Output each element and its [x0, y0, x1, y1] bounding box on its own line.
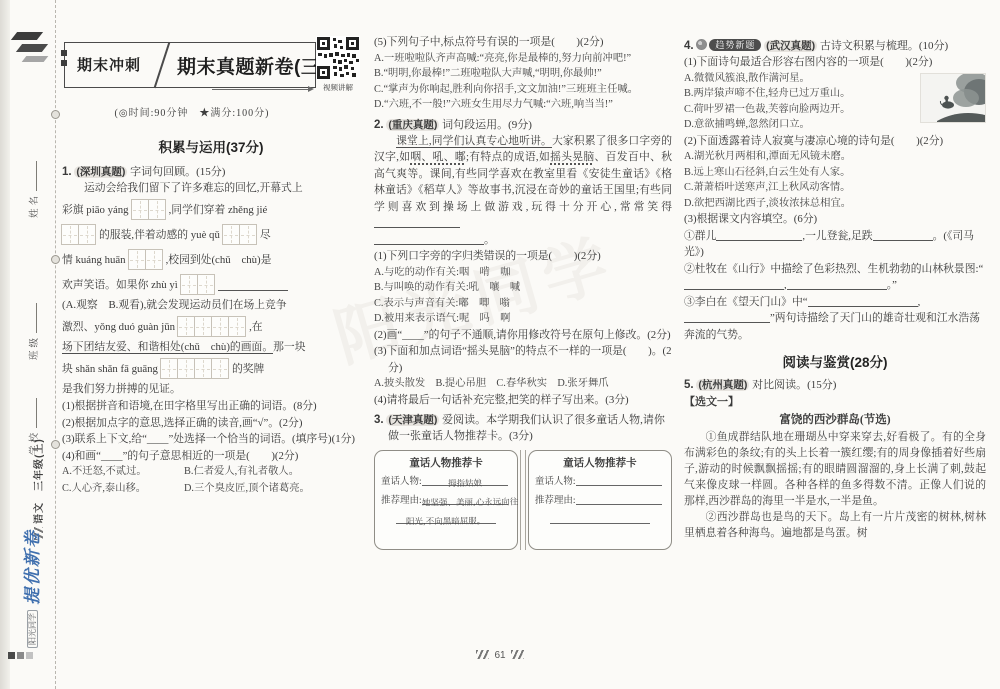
option-b: B.与叫唤的动作有关:吼 嚷 喊: [374, 280, 672, 296]
text-segment: ;有特点的成语,如: [466, 151, 550, 163]
answer-blank: [684, 278, 784, 290]
text-segment: 彩旗 piāo yáng: [62, 202, 129, 217]
time-score-line: (◎时间:90分钟 ★满分:100分): [62, 104, 322, 119]
card-field-label: 童话人物:: [381, 477, 422, 487]
square-decoration: [61, 60, 67, 66]
writing-grid: [161, 358, 229, 379]
q1-title: 字词句回顾。(15分): [130, 166, 225, 178]
qr-caption: 视频讲解: [316, 82, 360, 93]
option-d: D.被用来表示语气:呢 吗 啊: [374, 311, 672, 327]
handwritten-answer: 她坚强、美丽,心永远向往: [422, 494, 518, 514]
option-d: D.欲把西湖比西子,淡妆浓抹总相宜。: [684, 196, 986, 212]
option-a: A.一班啦啦队齐声高喊:“亮亮,你是最棒的,努力向前冲吧!”: [374, 51, 672, 67]
ink-painting-image: [920, 73, 986, 123]
q2-title: 词句段运用。(9分): [442, 119, 532, 131]
q2-subquestion: (1)下列口字旁的字归类错误的一项是( )(2分): [374, 248, 672, 265]
sidebar-brand: 阳光同学提优新卷: [18, 529, 43, 648]
writing-grid: [129, 249, 163, 270]
exam-phase-tag: 期末冲刺: [77, 54, 141, 75]
q4-source-tag: (武汉真题): [764, 40, 817, 52]
writing-grid: [178, 316, 246, 337]
sidebar-name-field: 姓名: [26, 161, 40, 218]
page-footer: 61: [0, 650, 1000, 661]
q4-subquestion: (2)下面透露着诗人寂寞与凄凉心境的诗句是( )(2分): [684, 133, 986, 150]
q2-source-tag: (重庆真题): [386, 119, 439, 131]
q1-option-row: A.不迁怒,不贰过。 B.仁者爱人,有礼者敬人。: [62, 464, 360, 481]
q2-subquestion: (4)请将最后一句话补充完整,把笑的样子写出来。(3分): [374, 392, 672, 409]
diagonal-divider: [154, 42, 170, 88]
option-b: B.仁者爱人,有礼者敬人。: [184, 464, 299, 481]
column-left: 期末冲刺 期末真题新卷(三) 视频讲解: [62, 34, 360, 497]
q4-fill-3: ③李白在《望天门山》中“,”两句诗描绘了天门山的雄奇壮观和江水浩荡奔流的气势。: [684, 294, 986, 344]
handwritten-answer: 阳光,不向黑暗屈服。: [406, 513, 485, 533]
q4-head: 4. 趋势新题 (武汉真题) 古诗文积累与梳理。(10分): [684, 38, 986, 54]
subject-label: 语文 三年级(上): [34, 438, 45, 524]
corner-stripe-decoration: [22, 56, 49, 62]
q1-text-line: 彩旗 piāo yáng ,同学们穿着 zhěng jié: [62, 197, 360, 222]
q1-text-line: 运动会给我们留下了许多难忘的回忆,开幕式上: [62, 180, 360, 197]
option-d: D.“六班,不一般!”六班女生用尽力气喊:“六班,响当当!”: [374, 97, 672, 113]
option-c: C.人心齐,泰山移。: [62, 481, 184, 498]
q3-source-tag: (天津真题): [386, 414, 439, 426]
q4-subquestion: (3)根据课文内容填空。(6分): [684, 211, 986, 228]
card-reason-row: 阳光,不向黑暗屈服。: [381, 511, 511, 530]
card-reason-row: 推荐理由:她坚强、美丽,心永远向往: [381, 492, 511, 511]
option-a: A.湖光秋月两相和,潭面无风镜未磨。: [684, 149, 986, 165]
page-edge-shadow: [0, 0, 10, 689]
card-field-label: 推荐理由:: [535, 496, 576, 506]
option-a: A.与吃的动作有关:咽 啃 咖: [374, 265, 672, 281]
card-reason-row: [535, 511, 665, 530]
q1-text-line: 场下团结友爱、和谐相处(chǔ chù)的画面。那一块: [62, 339, 360, 356]
corner-stripe-decoration: [11, 32, 43, 40]
exam-paper-page: 姓名 班级 学校 语文 三年级(上) 阳光同学提优新卷 阳光同学 期末冲刺 期末…: [0, 0, 1000, 689]
q1-subquestion: (2)根据加点字的意思,选择正确的读音,画“√”。(2分): [62, 415, 360, 432]
option-b: B.“明明,你最棒!”二班啦啦队大声喊,“明明,你最帅!”: [374, 66, 672, 82]
trend-badge: 趋势新题: [709, 39, 761, 51]
passage-paragraph-2: ②西沙群岛也是鸟的天下。岛上有一片片茂密的树林,树林里栖息着各种海鸟。遍地都是鸟…: [684, 509, 986, 541]
text-segment: ,在: [249, 319, 263, 334]
q1-text-line: 是我们努力拼搏的见证。: [62, 381, 360, 398]
q1-subquestion: (3)联系上下文,给“____”处选择一个恰当的词语。(填序号)(1分): [62, 431, 360, 448]
answer-blank: [218, 279, 288, 291]
q1-text-line: 块 shǎn shǎn fā guāng 的奖牌: [62, 356, 360, 381]
text-segment: ①群儿: [684, 230, 716, 242]
option-d: D.三个臭皮匠,顶个诸葛亮。: [184, 481, 310, 498]
qr-code-icon: [316, 36, 360, 80]
text-segment: ②杜牧在《山行》中描绘了色彩热烈、生机勃勃的山林秋景图:“: [684, 263, 983, 275]
card-reason-row: 推荐理由:: [535, 492, 665, 511]
q1-text-line: 情 kuáng huān ,校园到处(chǔ chù)是: [62, 247, 360, 272]
corner-stripe-decoration: [16, 44, 48, 52]
q1-text-line: (A.观察 B.观看),就会发现运动员们在场上竞争: [62, 297, 360, 314]
option-c: C.萧萧梧叶送寒声,江上秋风动客情。: [684, 180, 986, 196]
passage-paragraph-1: ①鱼成群结队地在珊瑚丛中穿来穿去,好看极了。有的全身布满彩色的条纹;有的头上长着…: [684, 429, 986, 509]
name-label: 姓名: [29, 193, 40, 218]
dotted-words: 摇头晃脑: [550, 151, 594, 163]
card-character-row: 童话人物:: [535, 473, 665, 492]
selection-label: 【选文一】: [684, 393, 986, 409]
option-c: C.表示与声音有关:嘟 唧 嗡: [374, 296, 672, 312]
section-heading-reading: 阅读与鉴赏(28分): [684, 351, 986, 371]
page-number: 61: [494, 650, 505, 661]
text-segment: 的奖牌: [232, 361, 264, 376]
underlined-sentence: 场下团结友爱、和谐相处(chǔ chù)的画面。: [62, 341, 273, 354]
q2-option-row: A.披头散发 B.提心吊胆 C.春华秋实 D.张牙舞爪: [374, 376, 672, 392]
school-blank-line: [28, 398, 37, 428]
handwritten-answer: 拇指姑娘: [448, 475, 482, 494]
binding-mark-icon: [51, 440, 60, 449]
q5-source-tag: (杭州真题): [696, 379, 749, 391]
q4-number: 4.: [684, 40, 694, 52]
section-heading-accumulation: 积累与运用(37分): [62, 136, 360, 156]
q5-number: 5.: [684, 379, 694, 391]
binding-cut-line: [55, 0, 56, 689]
sidebar-subject-grade: 语文 三年级(上): [30, 438, 45, 540]
paper-title: 期末真题新卷(三): [177, 52, 327, 79]
q4-options-block: A.微微风簇浪,散作满河星。 B.两岸猿声啼不住,轻舟已过万重山。 C.荷叶罗裙…: [684, 71, 986, 133]
fairytale-card-filled: 童话人物推荐卡 童话人物:拇指姑娘 推荐理由:她坚强、美丽,心永远向往 阳光,不…: [374, 450, 518, 550]
q2-passage: 课堂上,同学们认真专心地听讲。大家积累了很多口字旁的汉字,如咽、吼、嘟;有特点的…: [374, 133, 672, 232]
text-segment: 。: [484, 234, 495, 246]
writing-grid: [223, 224, 257, 245]
q1-text-line: 的服装,伴着动感的 yuè qǔ 尽: [62, 222, 360, 247]
q1-source-tag: (深圳真题): [74, 166, 127, 178]
q5-head: 5. (杭州真题) 对比阅读。(15分): [684, 377, 986, 393]
text-segment: 。”: [887, 279, 897, 291]
card-title: 童话人物推荐卡: [535, 455, 665, 470]
stripe-glyph-icon: [476, 650, 489, 659]
q4-fill-1: ①群儿,一儿登瓮,足跌。(《司马光》): [684, 228, 986, 261]
q2-head: 2. (重庆真题) 词句段运用。(9分): [374, 117, 672, 133]
card-character-row: 童话人物:拇指姑娘: [381, 473, 511, 492]
underlined-sentence: 课堂上,同学们认真专心地听讲。: [396, 135, 552, 148]
q5-title: 对比阅读。(15分): [752, 379, 836, 391]
card-field-label: 童话人物:: [535, 477, 576, 487]
text-segment: ③李白在《望天门山》中“: [684, 296, 808, 308]
text-segment: ,校园到处(chǔ chù)是: [166, 252, 272, 267]
q1-number: 1.: [62, 166, 72, 178]
dotted-words: 咽、吼、嘟: [410, 151, 466, 163]
text-segment: 情 kuáng huān: [62, 252, 126, 267]
option-b: B.远上寒山石径斜,白云生处有人家。: [684, 165, 986, 181]
answer-blank: [808, 295, 918, 307]
writing-grid: [181, 274, 215, 295]
arrow-line-icon: [212, 89, 308, 90]
q1-text-line: 欢声笑语。如果你 zhù yì: [62, 272, 360, 297]
text-segment: 那一块: [273, 341, 305, 353]
q2-subquestion: (3)下面和加点词语“摇头晃脑”的特点不一样的一项是( )。(2分): [374, 343, 672, 376]
class-blank-line: [28, 303, 37, 333]
q1-option-row: C.人心齐,泰山移。 D.三个臭皮匠,顶个诸葛亮。: [62, 481, 360, 498]
binding-mark-icon: [51, 255, 60, 264]
option-a: A.不迁怒,不贰过。: [62, 464, 184, 481]
text-segment: ,一儿登瓮,足跌: [802, 230, 872, 242]
paper-header: 期末冲刺 期末真题新卷(三) 视频讲解: [62, 34, 360, 130]
text-segment: ,同学们穿着 zhěng jié: [169, 202, 268, 217]
writing-grid: [132, 199, 166, 220]
answer-blank: [873, 229, 933, 241]
passage-title: 富饶的西沙群岛(节选): [684, 411, 986, 427]
card-divider: [520, 450, 526, 550]
title-box: 期末冲刺 期末真题新卷(三): [64, 42, 316, 88]
text-segment: 块 shǎn shǎn fā guāng: [62, 361, 158, 376]
q3-number: 3.: [374, 414, 384, 426]
q4-subquestion: (1)下面诗句最适合形容右图内容的一项是( )(2分): [684, 54, 986, 71]
recommendation-cards: 童话人物推荐卡 童话人物:拇指姑娘 推荐理由:她坚强、美丽,心永远向往 阳光,不…: [374, 450, 672, 550]
column-right: 4. 趋势新题 (武汉真题) 古诗文积累与梳理。(10分) (1)下面诗句最适合…: [684, 34, 986, 541]
brand-sub-logo: 阳光同学: [27, 610, 38, 648]
fairytale-card-empty: 童话人物推荐卡 童话人物: 推荐理由:: [528, 450, 672, 550]
sidebar-class-field: 班级: [26, 303, 40, 360]
q1-head: 1. (深圳真题) 字词句回顾。(15分): [62, 164, 360, 180]
binding-mark-icon: [51, 110, 60, 119]
answer-blank: [716, 229, 802, 241]
q1-subquestion: (4)和画“____”的句子意思相近的一项是( )(2分): [62, 448, 360, 465]
option-c: C.“掌声为你响起,胜利向你招手,文文加油!”三班班主任喊。: [374, 82, 672, 98]
answer-blank: [787, 278, 887, 290]
q1-text-line: 激烈、yǒng duó guàn jūn ,在: [62, 314, 360, 339]
brand-main-logo: 提优新卷: [23, 529, 42, 605]
text-segment: 的服装,伴着动感的 yuè qǔ: [99, 227, 220, 242]
answer-blank: [374, 233, 484, 245]
answer-blank: [684, 311, 770, 323]
q1-subquestion: (1)根据拼音和语境,在田字格里写出正确的词语。(8分): [62, 398, 360, 415]
q1-subquestion-5: (5)下列句子中,标点符号有误的一项是( )(2分): [374, 34, 672, 51]
square-decoration: [61, 50, 67, 56]
text-segment: 欢声笑语。如果你 zhù yì: [62, 277, 178, 292]
card-title: 童话人物推荐卡: [381, 455, 511, 470]
text-segment: 尽: [260, 227, 271, 242]
class-label: 班级: [29, 335, 40, 360]
writing-grid: [62, 224, 96, 245]
q2-number: 2.: [374, 119, 384, 131]
q4-title: 古诗文积累与梳理。(10分): [820, 40, 948, 52]
text-segment: 激烈、yǒng duó guàn jūn: [62, 319, 175, 334]
q3-head: 3. (天津真题) 爱阅读。本学期我们认识了很多童话人物,请你做一张童话人物推荐…: [374, 412, 672, 444]
stripe-glyph-icon: [511, 650, 524, 659]
text-segment: ,: [918, 296, 921, 308]
column-middle: (5)下列句子中,标点符号有误的一项是( )(2分) A.一班啦啦队齐声高喊:“…: [374, 34, 672, 550]
q4-fill-2: ②杜牧在《山行》中描绘了色彩热烈、生机勃勃的山林秋景图:“,。”: [684, 261, 986, 294]
trend-circle-icon: [696, 39, 707, 50]
card-field-label: 推荐理由:: [381, 496, 422, 506]
name-blank-line: [28, 161, 37, 191]
q2-subquestion: (2)画“____”的句子不通顺,请你用修改符号在原句上修改。(2分): [374, 327, 672, 344]
q2-passage-blank-line: 。: [374, 232, 672, 249]
answer-blank: [374, 216, 460, 228]
